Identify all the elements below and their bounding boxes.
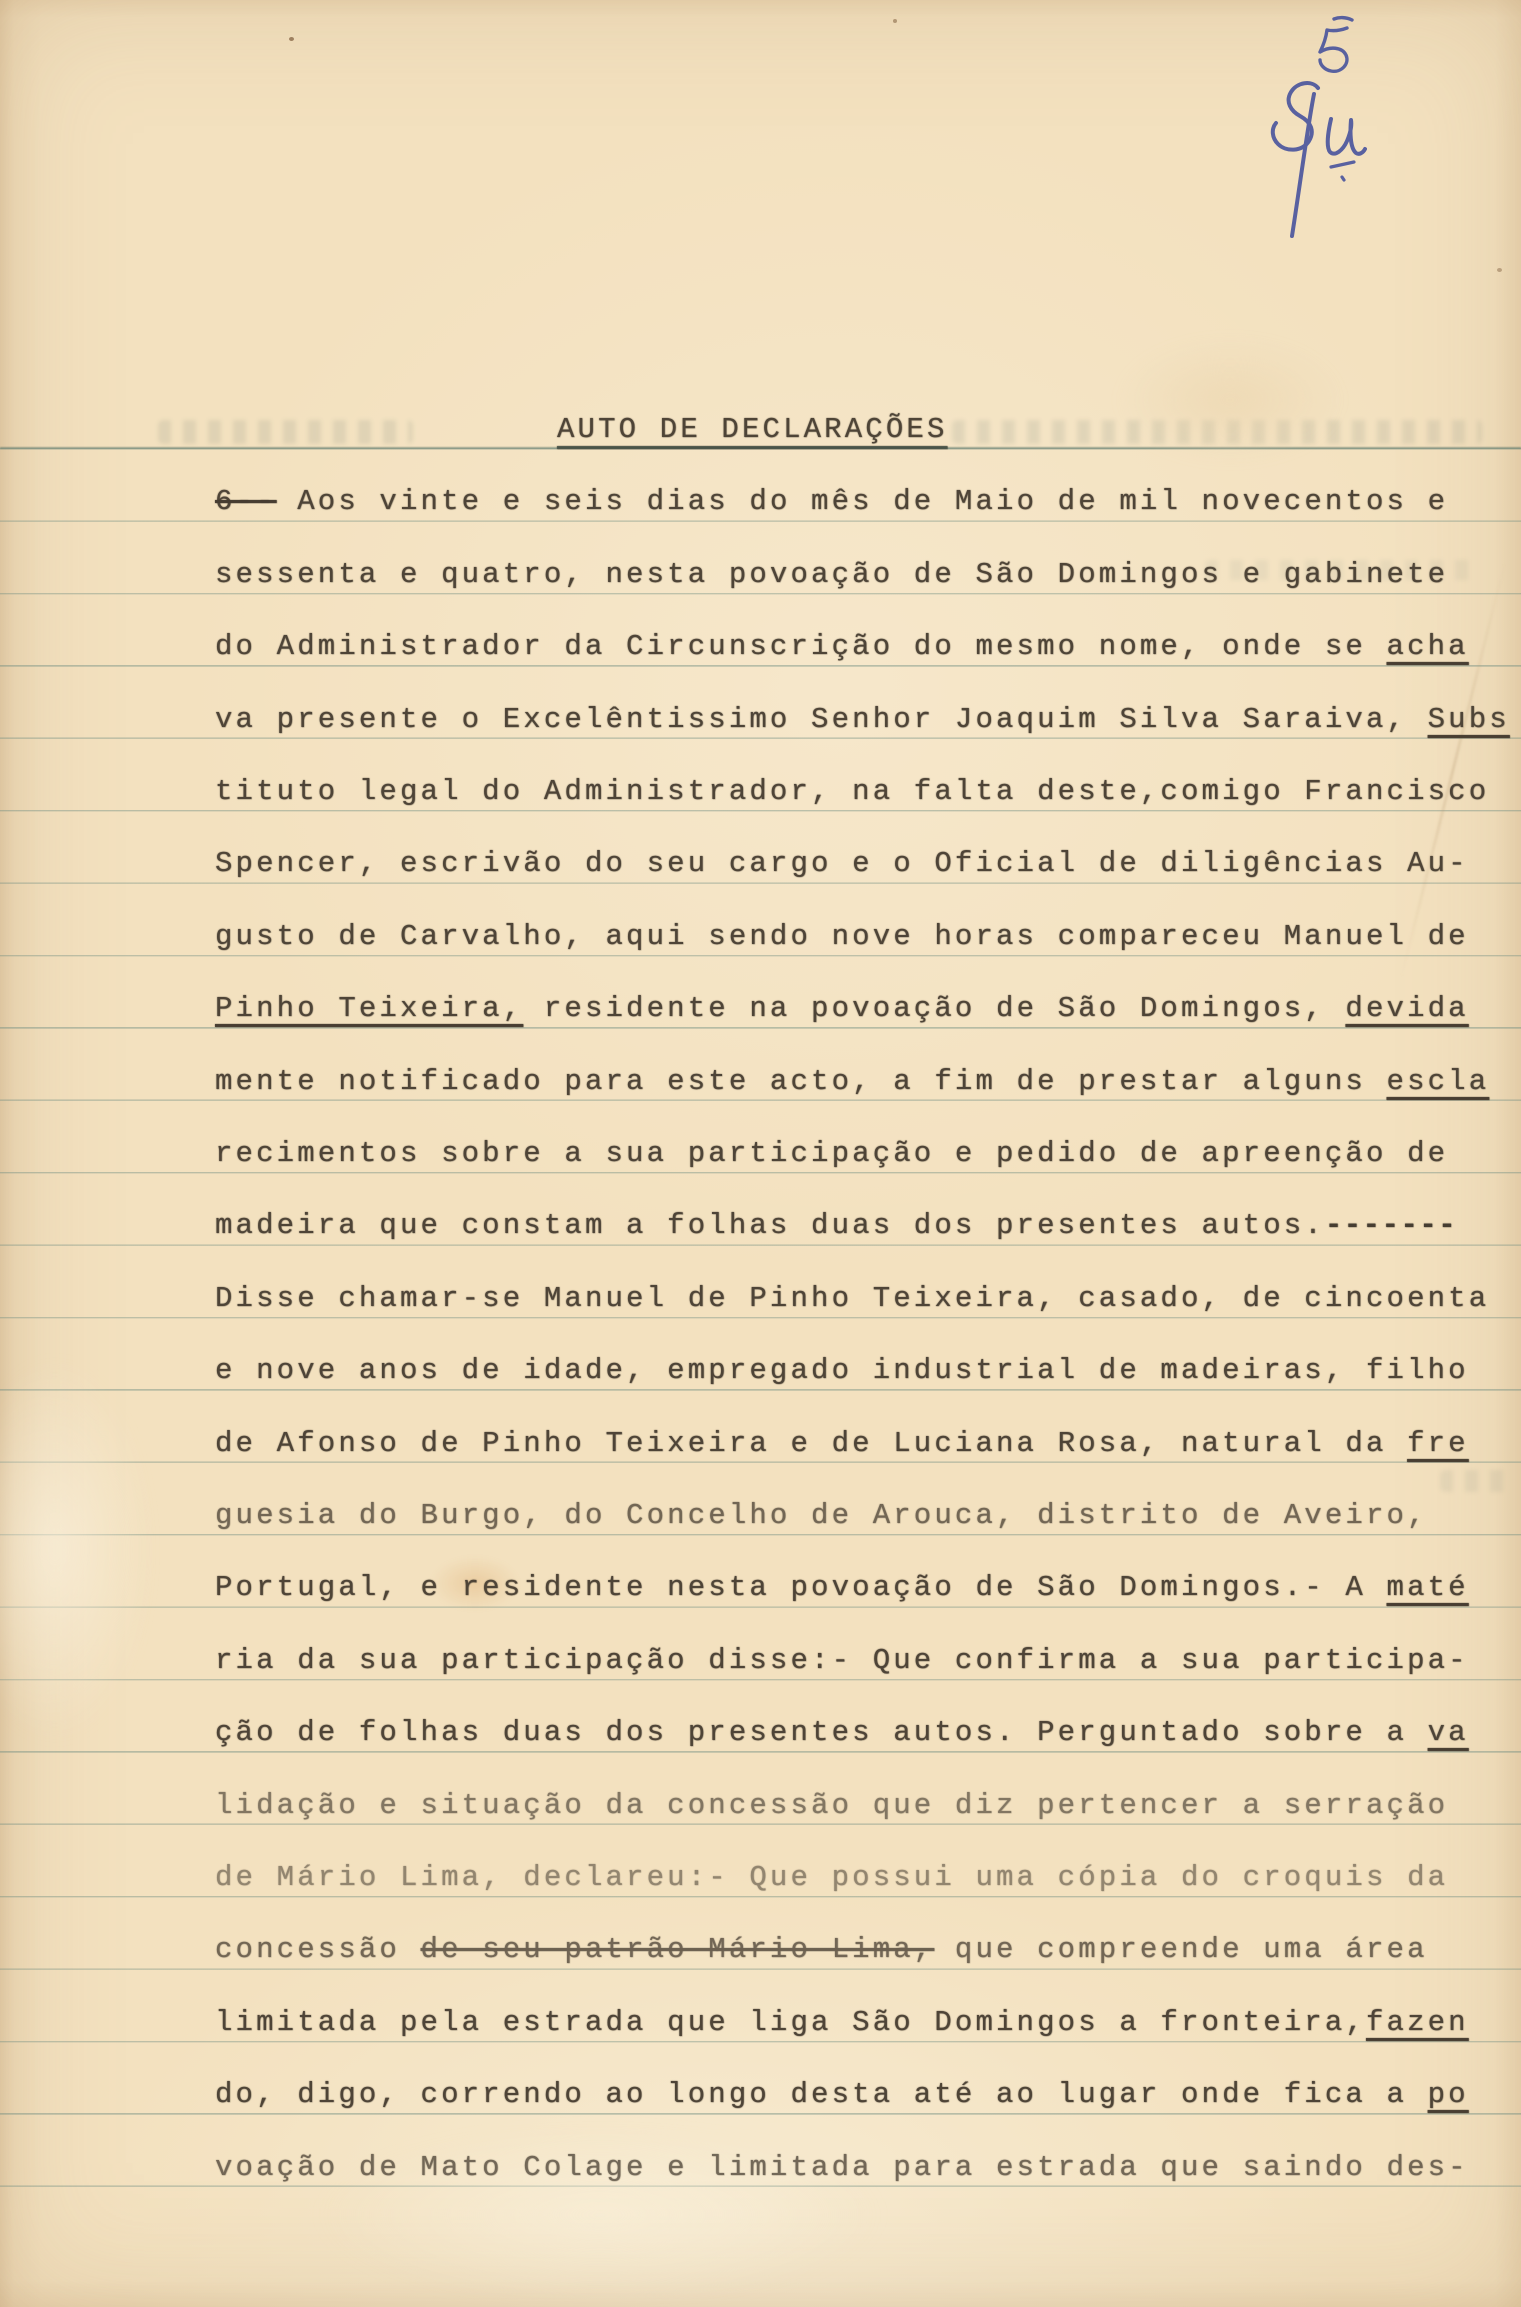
document-line: lidação e situação da concessão que diz … xyxy=(215,1783,1448,1829)
document-line: gusto de Carvalho, aqui sendo nove horas… xyxy=(215,914,1469,960)
handwritten-page-number xyxy=(1320,18,1352,72)
title-text: AUTO DE DECLARAÇÕES xyxy=(557,413,948,446)
document-line: Disse chamar-se Manuel de Pinho Teixeira… xyxy=(215,1276,1489,1322)
ink-bleed-ghost xyxy=(1440,1470,1510,1492)
document-line: 6-- Aos vinte e seis dias do mês de Maio… xyxy=(215,479,1448,525)
document-line: e nove anos de idade, empregado industri… xyxy=(215,1348,1469,1394)
document-line: ria da sua participação disse:- Que conf… xyxy=(215,1638,1469,1684)
struck-phrase: de seu patrão Mário Lima, xyxy=(421,1933,935,1966)
paper-speck xyxy=(893,19,897,23)
scanned-document-page: AUTO DE DECLARAÇÕES 6-- Aos vinte e seis… xyxy=(0,0,1521,2307)
line-filler-dashes: ------- xyxy=(1325,1209,1457,1242)
document-line: Portugal, e residente nesta povoação de … xyxy=(215,1565,1469,1611)
document-line: de Mário Lima, declareu:- Que possui uma… xyxy=(215,1855,1448,1901)
paper-speck xyxy=(289,37,294,41)
document-line: recimentos sobre a sua participação e pe… xyxy=(215,1131,1448,1177)
document-line: concessão de seu patrão Mário Lima, que … xyxy=(215,1927,1428,1973)
stain xyxy=(0,1360,150,1740)
document-line: sessenta e quatro, nesta povoação de São… xyxy=(215,552,1448,598)
document-line: Pinho Teixeira, residente na povoação de… xyxy=(215,986,1469,1032)
document-title: AUTO DE DECLARAÇÕES xyxy=(0,407,1521,453)
document-line: ção de folhas duas dos presentes autos. … xyxy=(215,1710,1469,1756)
document-line: va presente o Excelêntissimo Senhor Joaq… xyxy=(215,697,1510,743)
document-line: guesia do Burgo, do Concelho de Arouca, … xyxy=(215,1493,1428,1539)
document-line: mente notificado para este acto, a fim d… xyxy=(215,1059,1489,1105)
document-line: limitada pela estrada que liga São Domin… xyxy=(215,2000,1469,2046)
document-line: Spencer, escrivão do seu cargo e o Ofici… xyxy=(215,841,1469,887)
document-line: do Administrador da Circunscrição do mes… xyxy=(215,624,1469,670)
document-line: de Afonso de Pinho Teixeira e de Luciana… xyxy=(215,1421,1469,1467)
signature-initials xyxy=(1273,83,1365,236)
document-line: do, digo, correndo ao longo desta até ao… xyxy=(215,2072,1469,2118)
document-line: tituto legal do Administrador, na falta … xyxy=(215,769,1489,815)
paper-speck xyxy=(1497,268,1502,272)
document-line: voação de Mato Colage e limitada para es… xyxy=(215,2145,1469,2191)
document-line: madeira que constam a folhas duas dos pr… xyxy=(215,1203,1457,1249)
struck-number: 6-- xyxy=(215,485,277,518)
